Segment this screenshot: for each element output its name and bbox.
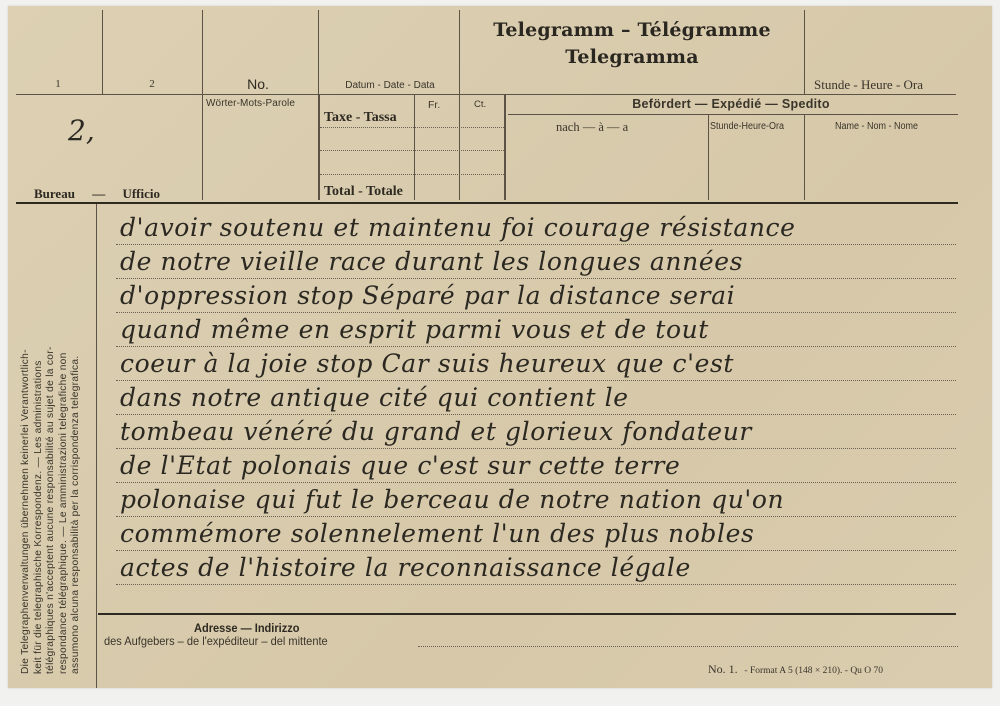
office-number-handwritten: 2, — [68, 114, 95, 147]
header-divider-1 — [102, 10, 103, 94]
forwarded-name-divider — [804, 114, 805, 200]
message-rule-9 — [116, 516, 956, 517]
header-divider-2 — [202, 10, 203, 200]
message-line: actes de l'histoire la reconnaissance lé… — [120, 553, 691, 582]
disclaimer-line: Die Telegraphenverwaltungen übernehmen k… — [20, 214, 33, 674]
office-label-it: Ufficio — [122, 186, 160, 201]
tax-row-line-3 — [320, 174, 504, 175]
message-rule-4 — [116, 346, 956, 347]
disclaimer-line: télégraphiques n'acceptent aucune respon… — [45, 214, 58, 674]
message-line: tombeau vénéré du grand et glorieux fond… — [120, 417, 752, 446]
form-format: - Format A 5 (148 × 210). - Qu O 70 — [744, 666, 883, 676]
disclaimer-line: keit für die telegraphische Korresponden… — [33, 214, 46, 674]
disclaimer-line: respondance télégraphique. — Le amminist… — [58, 214, 71, 674]
header-divider-4 — [459, 10, 460, 94]
message-rule-2 — [116, 278, 956, 279]
forwarded-separator — [508, 114, 958, 115]
header-divider-5 — [804, 10, 805, 94]
message-rule-7 — [116, 448, 956, 449]
tax-row-line-1 — [320, 127, 504, 128]
message-line: d'avoir soutenu et maintenu foi courage … — [120, 213, 796, 242]
sender-address-label: Adresse — Indirizzo — [194, 621, 300, 635]
message-rule-11 — [116, 584, 956, 585]
message-line: coeur à la joie stop Car suis heureux qu… — [120, 349, 734, 378]
header-separator — [16, 94, 956, 95]
message-rule-1 — [116, 244, 956, 245]
office-label-dash: — — [92, 186, 105, 201]
header-bottom-rule — [16, 202, 958, 204]
sender-top-rule — [98, 613, 956, 615]
message-line: quand même en esprit parmi vous et de to… — [120, 315, 709, 344]
tax-left-border — [318, 94, 320, 200]
column-2-label: 2 — [132, 78, 172, 90]
message-rule-5 — [116, 380, 956, 381]
message-rule-6 — [116, 414, 956, 415]
sender-address-sublabel: des Aufgebers – de l'expéditeur – del mi… — [104, 634, 328, 648]
column-date-label: Datum - Date - Data — [324, 80, 456, 91]
message-rule-3 — [116, 312, 956, 313]
tax-label: Taxe - Tassa — [324, 110, 397, 126]
header-divider-3 — [318, 10, 319, 94]
sender-address-field[interactable] — [418, 646, 958, 647]
form-title-line2: Telegramma — [464, 46, 800, 68]
message-rule-8 — [116, 482, 956, 483]
form-number: No. 1. — [708, 662, 738, 676]
tax-fr-divider — [414, 94, 415, 200]
form-title-line1: Telegramm – Télégramme — [464, 19, 800, 41]
tax-fr-label: Fr. — [428, 99, 440, 111]
forwarded-label: Befördert — Expédié — Spedito — [506, 97, 956, 111]
footer-form-number: No. 1. - Format A 5 (148 × 210). - Qu O … — [708, 662, 883, 677]
column-1-label: 1 — [38, 78, 78, 90]
message-line: de l'Etat polonais que c'est sur cette t… — [120, 451, 680, 480]
tax-row-line-2 — [320, 150, 504, 151]
message-left-border — [96, 204, 97, 688]
tax-total-label: Total - Totale — [324, 184, 403, 200]
message-line: d'oppression stop Séparé par la distance… — [120, 281, 735, 310]
forwarded-time-label: Stunde-Heure-Ora — [710, 121, 784, 132]
disclaimer-line: assumono alcuna responsabilità per la co… — [70, 214, 83, 674]
forwarded-name-label: Name - Nom - Nome — [835, 121, 918, 132]
message-line: de notre vieille race durant les longues… — [120, 247, 743, 276]
column-time-label: Stunde - Heure - Ora — [814, 77, 964, 93]
forwarded-to-label: nach — à — a — [556, 120, 628, 135]
words-label: Wörter-Mots-Parole — [206, 98, 295, 109]
tax-ct-divider — [459, 94, 460, 200]
message-rule-10 — [116, 550, 956, 551]
liability-disclaimer: Die Telegraphenverwaltungen übernehmen k… — [20, 214, 83, 674]
telegram-form: 1 2 No. Datum - Date - Data Stunde - Heu… — [8, 6, 992, 688]
tax-ct-label: Ct. — [474, 99, 486, 110]
forwarded-time-divider — [708, 114, 709, 200]
message-line: commémore solennelement l'un des plus no… — [120, 519, 754, 548]
office-label-de: Bureau — [34, 186, 75, 201]
message-line: dans notre antique cité qui contient le — [120, 383, 629, 412]
office-label: Bureau — Ufficio — [34, 186, 160, 202]
column-no-label: No. — [238, 76, 278, 92]
message-line: polonaise qui fut le berceau de notre na… — [120, 485, 784, 514]
